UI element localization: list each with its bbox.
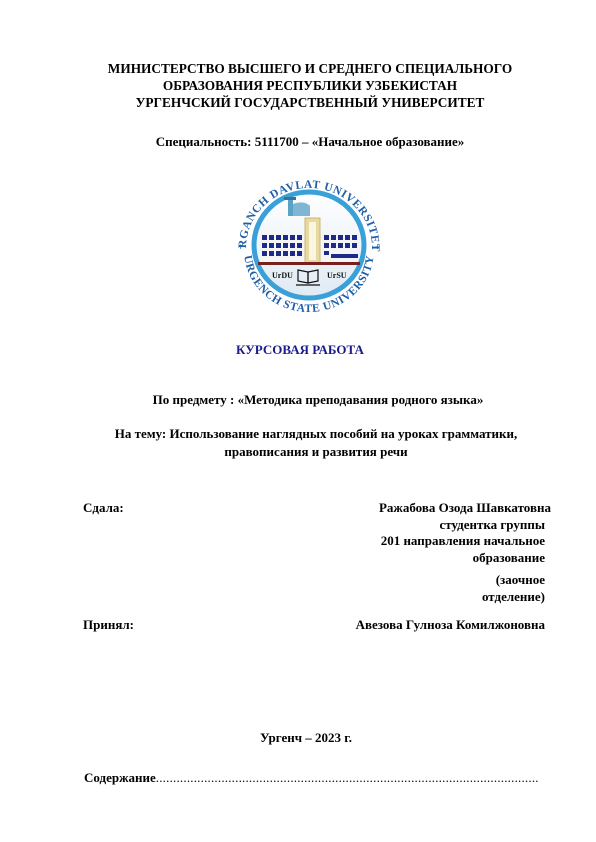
svg-text:+: + xyxy=(375,242,380,252)
topic: На тему: Использование наглядных пособий… xyxy=(18,425,596,461)
topic-line: На тему: Использование наглядных пособий… xyxy=(18,425,596,443)
accepted-label: Принял: xyxy=(83,617,134,633)
student-group: студентка группы xyxy=(379,517,545,534)
work-type-title: КУРСОВАЯ РАБОТА xyxy=(2,342,596,358)
specialty: Специальность: 5111700 – «Начальное обра… xyxy=(12,134,596,150)
svg-text:+: + xyxy=(238,242,243,252)
topic-line: правописания и развития речи xyxy=(18,443,596,461)
submitted-info: Ражабова Озода Шавкатовна студентка груп… xyxy=(379,500,545,605)
university-seal-logo: URGANCH DAVLAT UNIVERSITETI URGENCH STAT… xyxy=(232,170,386,320)
subject-line: По предмету : «Методика преподавания род… xyxy=(20,392,596,408)
student-direction: 201 направления начальное xyxy=(379,533,545,550)
toc-label: Содержание xyxy=(84,770,156,785)
university-seal-icon: URGANCH DAVLAT UNIVERSITETI URGENCH STAT… xyxy=(232,170,386,320)
svg-text:UrDU: UrDU xyxy=(272,271,293,280)
study-form-cont: отделение) xyxy=(379,589,545,606)
university-name: УРГЕНЧСКИЙ ГОСУДАРСТВЕННЫЙ УНИВЕРСИТЕТ xyxy=(12,94,596,111)
teacher-name: Авезова Гулноза Комилжоновна xyxy=(356,617,545,634)
student-name: Ражабова Озода Шавкатовна xyxy=(379,500,551,517)
toc-leader-dots: ........................................… xyxy=(156,770,539,785)
study-form: (заочное xyxy=(379,572,545,589)
city-year: Ургенч – 2023 г. xyxy=(8,730,596,746)
submitted-label: Сдала: xyxy=(83,500,124,516)
student-direction-cont: образование xyxy=(379,550,545,567)
svg-text:UrSU: UrSU xyxy=(327,271,347,280)
ministry-line: МИНИСТЕРСТВО ВЫСШЕГО И СРЕДНЕГО СПЕЦИАЛЬ… xyxy=(12,60,596,77)
ministry-line: ОБРАЗОВАНИЯ РЕСПУБЛИКИ УЗБЕКИСТАН xyxy=(12,77,596,94)
ministry-header: МИНИСТЕРСТВО ВЫСШЕГО И СРЕДНЕГО СПЕЦИАЛЬ… xyxy=(12,60,596,111)
table-of-contents-link[interactable]: Содержание..............................… xyxy=(84,770,552,786)
